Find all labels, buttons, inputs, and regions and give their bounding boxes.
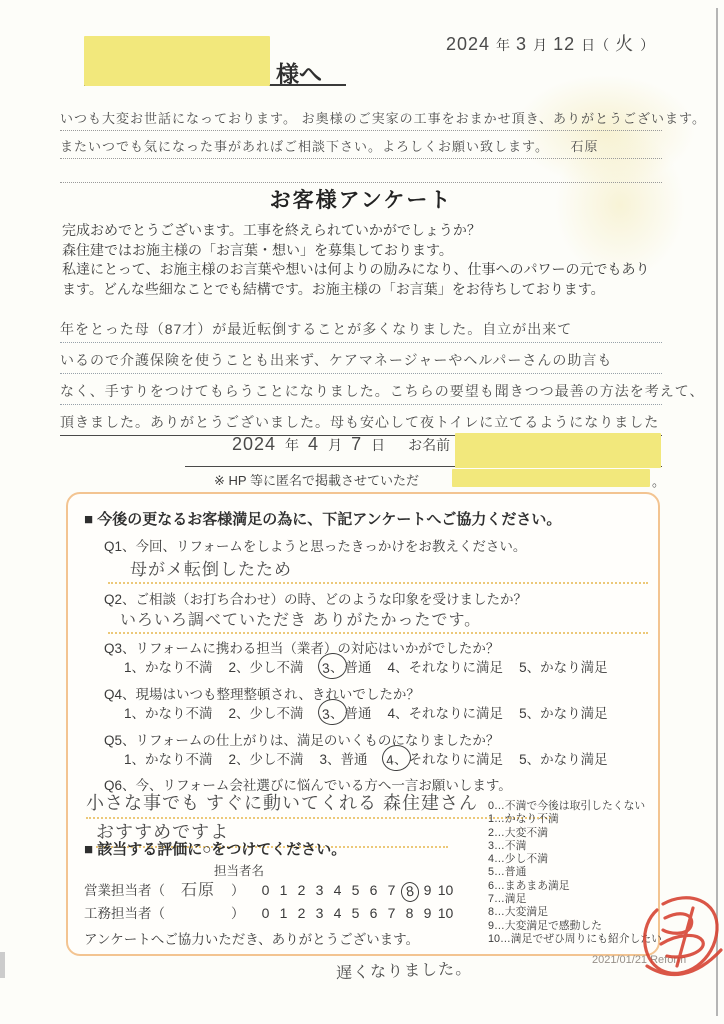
scale-number: 6 <box>365 882 383 902</box>
option-label: 少し不満 <box>250 706 304 721</box>
option-label: それなりに満足 <box>409 752 504 767</box>
scale-number: 5 <box>347 882 365 902</box>
answer-q6-line1: 小さな事でも すぐに動いてくれる 森住建さん <box>86 788 551 819</box>
recipient-name-redaction <box>84 36 270 86</box>
late-apology-note: 遅くなりました。 <box>336 956 473 984</box>
scale-number: 4 <box>329 882 347 902</box>
q4-option-3: 3、普通 <box>320 702 372 722</box>
option-num: 4、 <box>388 702 409 722</box>
comment-date-day: 7 <box>351 434 362 454</box>
q5-option-4: 4、それなりに満足 <box>384 748 504 768</box>
intro-line: ます。どんな些細なことでも結構です。お施主様の「お言葉」をお待ちしております。 <box>62 280 662 300</box>
q4-option-1: 1、かなり不満 <box>124 702 213 722</box>
intro-line: 森住建ではお施主様の「お言葉・想い」を募集しております。 <box>62 241 662 261</box>
header-date-weekday: 火 <box>615 34 634 54</box>
option-label: かなり満足 <box>540 660 608 675</box>
rating-legend-item: 4…少し不満 <box>488 853 666 866</box>
option-label: それなりに満足 <box>409 706 504 721</box>
scale-number: 1 <box>275 905 293 925</box>
intro-line: 私達にとって、お施主様のお言葉や想いは何よりの励みになり、仕事へのパワーの元でも… <box>62 260 662 280</box>
staff-row-construction: 工務担当者（） 012345678910 <box>84 902 455 925</box>
selected-option-circle: 3、 <box>316 698 348 727</box>
scale-number: 3 <box>311 905 329 925</box>
answer-q2: いろいろ調べていただき ありがたかったです。 <box>120 607 481 630</box>
comment-date: 2024年4月7日お名前 <box>232 434 450 455</box>
rating-legend-item: 3…不満 <box>488 840 666 853</box>
option-label: かなり不満 <box>145 706 213 721</box>
option-label: 普通 <box>341 752 368 767</box>
customer-comment-line: なく、手すりをつけてもらうことになりました。こちらの要望も聞きつつ最善の方法を考… <box>60 370 662 405</box>
option-label: 普通 <box>345 660 372 675</box>
scale-number: 10 <box>437 882 455 902</box>
option-num: 2、 <box>229 702 250 722</box>
answer-q1: 母がメ転倒したため <box>130 555 292 580</box>
q4-option-5: 5、かなり満足 <box>519 702 608 722</box>
survey-intro: 完成おめでとうございます。工事を終えられていかがでしょうか？ 森住建ではお施主様… <box>62 221 662 299</box>
option-num: 1、 <box>124 702 145 722</box>
scale-number: 0 <box>257 905 275 925</box>
option-num: 5、 <box>519 656 540 676</box>
paren-close: ） <box>231 902 245 922</box>
construction-staff-label: 工務担当者（ <box>84 902 165 922</box>
question-q3: Q3、リフォームに携わる担当（業者）の対応はいかがでしたか？ <box>104 637 499 657</box>
rating-legend-item: 0…不満で今後は取引したくない <box>488 800 666 813</box>
header-date-year-label: 年 <box>496 37 510 53</box>
scale-number: 3 <box>311 882 329 902</box>
scan-edge-line <box>716 8 718 1016</box>
answer-q2-line: いろいろ調べていただき ありがたかったです。 <box>108 604 648 634</box>
header-date-year: 2024 <box>446 34 490 54</box>
option-label: それなりに満足 <box>409 660 504 675</box>
rating-scale-sales: 012345678910 <box>257 882 455 902</box>
name-label: お名前 <box>408 437 450 453</box>
hp-disclaimer-end: 。 <box>652 471 665 490</box>
sales-staff-name: 石原 <box>165 877 231 900</box>
q3-option-2: 2、少し不満 <box>229 656 304 676</box>
scale-number: 9 <box>419 905 437 925</box>
option-label: 少し不満 <box>250 752 304 767</box>
option-label: 少し不満 <box>250 660 304 675</box>
option-num: 4、 <box>388 656 409 676</box>
rating-scale-construction: 012345678910 <box>257 905 455 925</box>
customer-comment-line: 年をとった母（87才）が最近転倒することが多くなりました。自立が出来て <box>60 308 662 343</box>
comment-date-day-label: 日 <box>371 437 385 453</box>
option-num: 1、 <box>124 748 145 768</box>
option-label: かなり満足 <box>540 752 608 767</box>
customer-name-redaction <box>455 433 661 468</box>
rating-legend-item: 5…普通 <box>488 866 666 879</box>
q3-option-1: 1、かなり不満 <box>124 656 213 676</box>
rating-legend-item: 1…かなり不満 <box>488 813 666 826</box>
q4-option-2: 2、少し不満 <box>229 702 304 722</box>
selected-option-circle: 4、 <box>380 744 412 773</box>
questionnaire-box: ■ 今後の更なるお客様満足の為に、下記アンケートへご協力ください。 Q1、今回、… <box>66 492 660 956</box>
scale-number: 5 <box>347 905 365 925</box>
scale-number: 8 <box>401 905 419 925</box>
scale-number: 10 <box>437 905 455 925</box>
scale-number: 1 <box>275 882 293 902</box>
survey-title: お客様アンケート <box>62 184 660 214</box>
option-label: かなり不満 <box>145 752 213 767</box>
customer-comment-line: いるので介護保険を使うことも出来ず、ケアマネージャーやヘルパーさんの助言も <box>60 339 662 374</box>
comment-date-month-label: 月 <box>328 437 342 453</box>
scanned-survey-page: 様へ 2024年3月12日（火） いつも大変お世話になっております。 お奥様のご… <box>0 0 724 1024</box>
rating-heading: ■ 該当する評価に○をつけてください。 <box>84 838 346 859</box>
scale-number: 2 <box>293 905 311 925</box>
header-date-day-label: 日（ <box>581 37 609 53</box>
q3-options: 1、かなり不満 2、少し不満 3、普通 4、それなりに満足 5、かなり満足 <box>124 656 608 676</box>
scale-number: 7 <box>383 905 401 925</box>
customer-comment-line: 頂きました。ありがとうございました。母も安心して夜トイレに立てるようになりました <box>60 401 662 436</box>
option-label: かなり満足 <box>540 706 608 721</box>
thanks-note: アンケートへご協力いただき、ありがとうございます。 <box>84 928 419 948</box>
scale-number: 7 <box>383 882 401 902</box>
q5-option-5: 5、かなり満足 <box>519 748 608 768</box>
q5-option-2: 2、少し不満 <box>229 748 304 768</box>
comment-date-month: 4 <box>308 434 319 454</box>
option-num: 2、 <box>229 748 250 768</box>
option-num: 2、 <box>229 656 250 676</box>
hp-disclaimer-redaction <box>452 469 650 487</box>
header-date: 2024年3月12日（火） <box>446 30 660 56</box>
answer-q6-text1: 小さな事でも すぐに動いてくれる 森住建さん <box>86 789 478 815</box>
selected-option-circle: 3、 <box>316 652 348 681</box>
option-num: 5、 <box>519 702 540 722</box>
questionnaire-heading: ■ 今後の更なるお客様満足の為に、下記アンケートへご協力ください。 <box>84 508 561 529</box>
question-q5: Q5、リフォームの仕上がりは、満足のいくものになりましたか？ <box>104 729 499 749</box>
scale-number: 8 <box>399 881 420 903</box>
hanko-stamp-icon <box>633 888 724 992</box>
header-date-day: 12 <box>553 34 575 54</box>
q3-option-3: 3、普通 <box>320 656 372 676</box>
sales-staff-label: 営業担当者（ <box>84 879 165 899</box>
scale-number: 4 <box>329 905 347 925</box>
q3-option-4: 4、それなりに満足 <box>388 656 504 676</box>
scale-number: 0 <box>257 882 275 902</box>
scale-number: 6 <box>365 905 383 925</box>
question-q4: Q4、現場はいつも整理整頓され、きれいでしたか？ <box>104 683 420 703</box>
q5-options: 1、かなり不満 2、少し不満 3、普通 4、それなりに満足 5、かなり満足 <box>124 748 608 768</box>
header-date-month: 3 <box>516 34 527 54</box>
intro-line: 完成おめでとうございます。工事を終えられていかがでしょうか？ <box>62 221 662 241</box>
option-label: 普通 <box>345 706 372 721</box>
scan-edge-mark <box>0 952 5 978</box>
greeting-line: いつも大変お世話になっております。 お奥様のご実家の工事をおまかせ頂き、ありがと… <box>60 96 662 131</box>
answer-q1-line: 母がメ転倒したため <box>108 552 648 584</box>
q3-option-5: 5、かなり満足 <box>519 656 608 676</box>
scale-number: 2 <box>293 882 311 902</box>
scale-number: 9 <box>419 882 437 902</box>
comment-date-year: 2024 <box>232 434 276 454</box>
option-num: 3、 <box>320 748 341 768</box>
option-label: かなり不満 <box>145 660 213 675</box>
header-date-month-label: 月 <box>533 37 547 53</box>
q5-option-3: 3、普通 <box>320 748 368 768</box>
staff-row-sales: 営業担当者（石原） 012345678910 <box>84 877 455 902</box>
header-date-close: ） <box>640 37 654 53</box>
paren-close: ） <box>231 879 245 899</box>
q4-options: 1、かなり不満 2、少し不満 3、普通 4、それなりに満足 5、かなり満足 <box>124 702 608 722</box>
comment-date-year-label: 年 <box>285 437 299 453</box>
option-num: 5、 <box>519 748 540 768</box>
greeting-line-empty <box>60 155 662 183</box>
q4-option-4: 4、それなりに満足 <box>388 702 504 722</box>
q5-option-1: 1、かなり不満 <box>124 748 213 768</box>
option-num: 1、 <box>124 656 145 676</box>
hp-disclaimer: ※ HP 等に匿名で掲載させていただ <box>214 470 419 489</box>
rating-legend-item: 2…大変不満 <box>488 827 666 840</box>
